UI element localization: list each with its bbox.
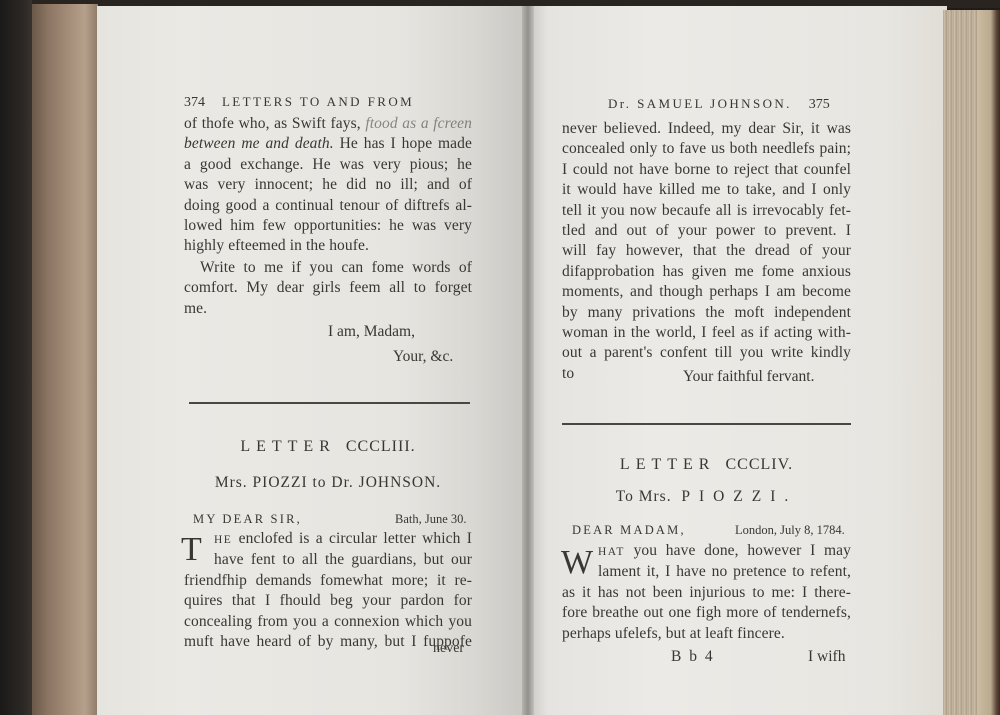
letter-body-354: HAT you have done, however I may lament … xyxy=(562,541,851,644)
text-line: it would have killed me to take, and I o… xyxy=(562,180,851,200)
text-line: Write to me if you can fome words of xyxy=(184,258,472,278)
text-line: between me and death. He has I hope made xyxy=(184,134,472,154)
text-line: tled and out of your power to prevent. I xyxy=(562,221,851,241)
right-running-head: Dr. SAMUEL JOHNSON. 375 xyxy=(608,96,830,113)
right-catchword: I wifh xyxy=(808,648,845,666)
text-line: concealing from you a connexion which yo… xyxy=(184,612,472,632)
page-edges-right xyxy=(943,10,977,715)
text-line: concealed only to fave us both needlefs … xyxy=(562,139,851,159)
text-line: doing good a continual tenour of diftref… xyxy=(184,196,472,216)
text-line: a good exchange. He was very pious; he xyxy=(184,155,472,175)
book-gutter xyxy=(522,6,534,715)
letter-body-353: HE enclofed is a circular letter which I… xyxy=(184,529,472,652)
text-line: friendfhip demands fomewhat more; it re- xyxy=(184,571,472,591)
right-continuation-paragraph: never believed. Indeed, my dear Sir, it … xyxy=(562,119,851,384)
signature-mark: B b 4 xyxy=(671,648,715,666)
text-line: moments, and though perhaps I am become xyxy=(562,282,851,302)
text-line: muft have heard of by many, but I fuppof… xyxy=(184,632,472,652)
letter-heading-353: LETTER CCCLIII. xyxy=(184,438,472,456)
section-divider-rule xyxy=(562,423,851,425)
right-running-title: Dr. SAMUEL JOHNSON. xyxy=(608,96,792,111)
text-line: quires that I fhould beg your pardon for xyxy=(184,591,472,611)
letter-dateline-353: Bath, June 30. xyxy=(395,512,467,527)
letter-heading-354: LETTER CCCLIV. xyxy=(562,456,851,474)
text-line: fore breathe out one figh more of tender… xyxy=(562,603,851,623)
left-catchword: never xyxy=(433,641,464,657)
section-divider-rule xyxy=(189,402,470,404)
text-line: lowed him few opportunities: he was very xyxy=(184,216,472,236)
text-line: perhaps ufelefs, but at leaft fincere. xyxy=(562,624,851,644)
text-line: tell it you now becaufe all is irrevocab… xyxy=(562,201,851,221)
book-cover-left xyxy=(0,0,32,715)
right-folio: 375 xyxy=(809,97,830,112)
letter-dateline-354: London, July 8, 1784. xyxy=(735,523,845,538)
text-line: comfort. My dear girls feem all to forge… xyxy=(184,278,472,298)
text-line: difapprobation has given me fome anxious xyxy=(562,262,851,282)
text-line: out a parent's confent till you write ki… xyxy=(562,343,851,363)
text-line: as it has not been injurious to me: I th… xyxy=(562,583,851,603)
text-line: was very innocent; he did no ill; and of xyxy=(184,175,472,195)
text-line: never believed. Indeed, my dear Sir, it … xyxy=(562,119,851,139)
left-closing: I am, Madam, xyxy=(328,323,415,341)
text-line: of thofe who, as Swift fays, ftood as a … xyxy=(184,114,472,134)
text-line: highly efteemed in the houfe. xyxy=(184,236,472,256)
text-line: woman in the world, I feel as if acting … xyxy=(562,323,851,343)
text-line: me. xyxy=(184,299,472,319)
left-paragraph-2: Write to me if you can fome words of com… xyxy=(184,258,472,319)
left-running-title: LETTERS TO AND FROM xyxy=(222,94,414,109)
left-folio: 374 xyxy=(184,95,205,110)
letter-salutation-354: DEAR MADAM, xyxy=(572,523,686,538)
book-cover-right xyxy=(977,10,1000,715)
left-signature: Your, &c. xyxy=(393,348,453,366)
right-signature: Your faithful fervant. xyxy=(683,368,814,386)
left-continuation-paragraph: of thofe who, as Swift fays, ftood as a … xyxy=(184,114,472,257)
left-running-head: 374 LETTERS TO AND FROM xyxy=(184,94,414,111)
page-edges-left xyxy=(32,4,98,715)
letter-subtitle-354: To Mrs. PIOZZI. xyxy=(562,488,851,506)
text-line: HE enclofed is a circular letter which I xyxy=(184,529,472,550)
text-line: have fent to all the guardians, but our xyxy=(184,550,472,570)
letter-salutation-353: MY DEAR SIR, xyxy=(193,512,302,527)
text-line: I could not have borne to reject that co… xyxy=(562,160,851,180)
text-line: by many privations the moft independent xyxy=(562,303,851,323)
letter-subtitle-353: Mrs. PIOZZI to Dr. JOHNSON. xyxy=(184,474,472,492)
text-line: lament it, I have no pretence to refent, xyxy=(562,562,851,582)
text-line: will fay however, that the dread of your xyxy=(562,241,851,261)
text-line: HAT you have done, however I may xyxy=(562,541,851,562)
